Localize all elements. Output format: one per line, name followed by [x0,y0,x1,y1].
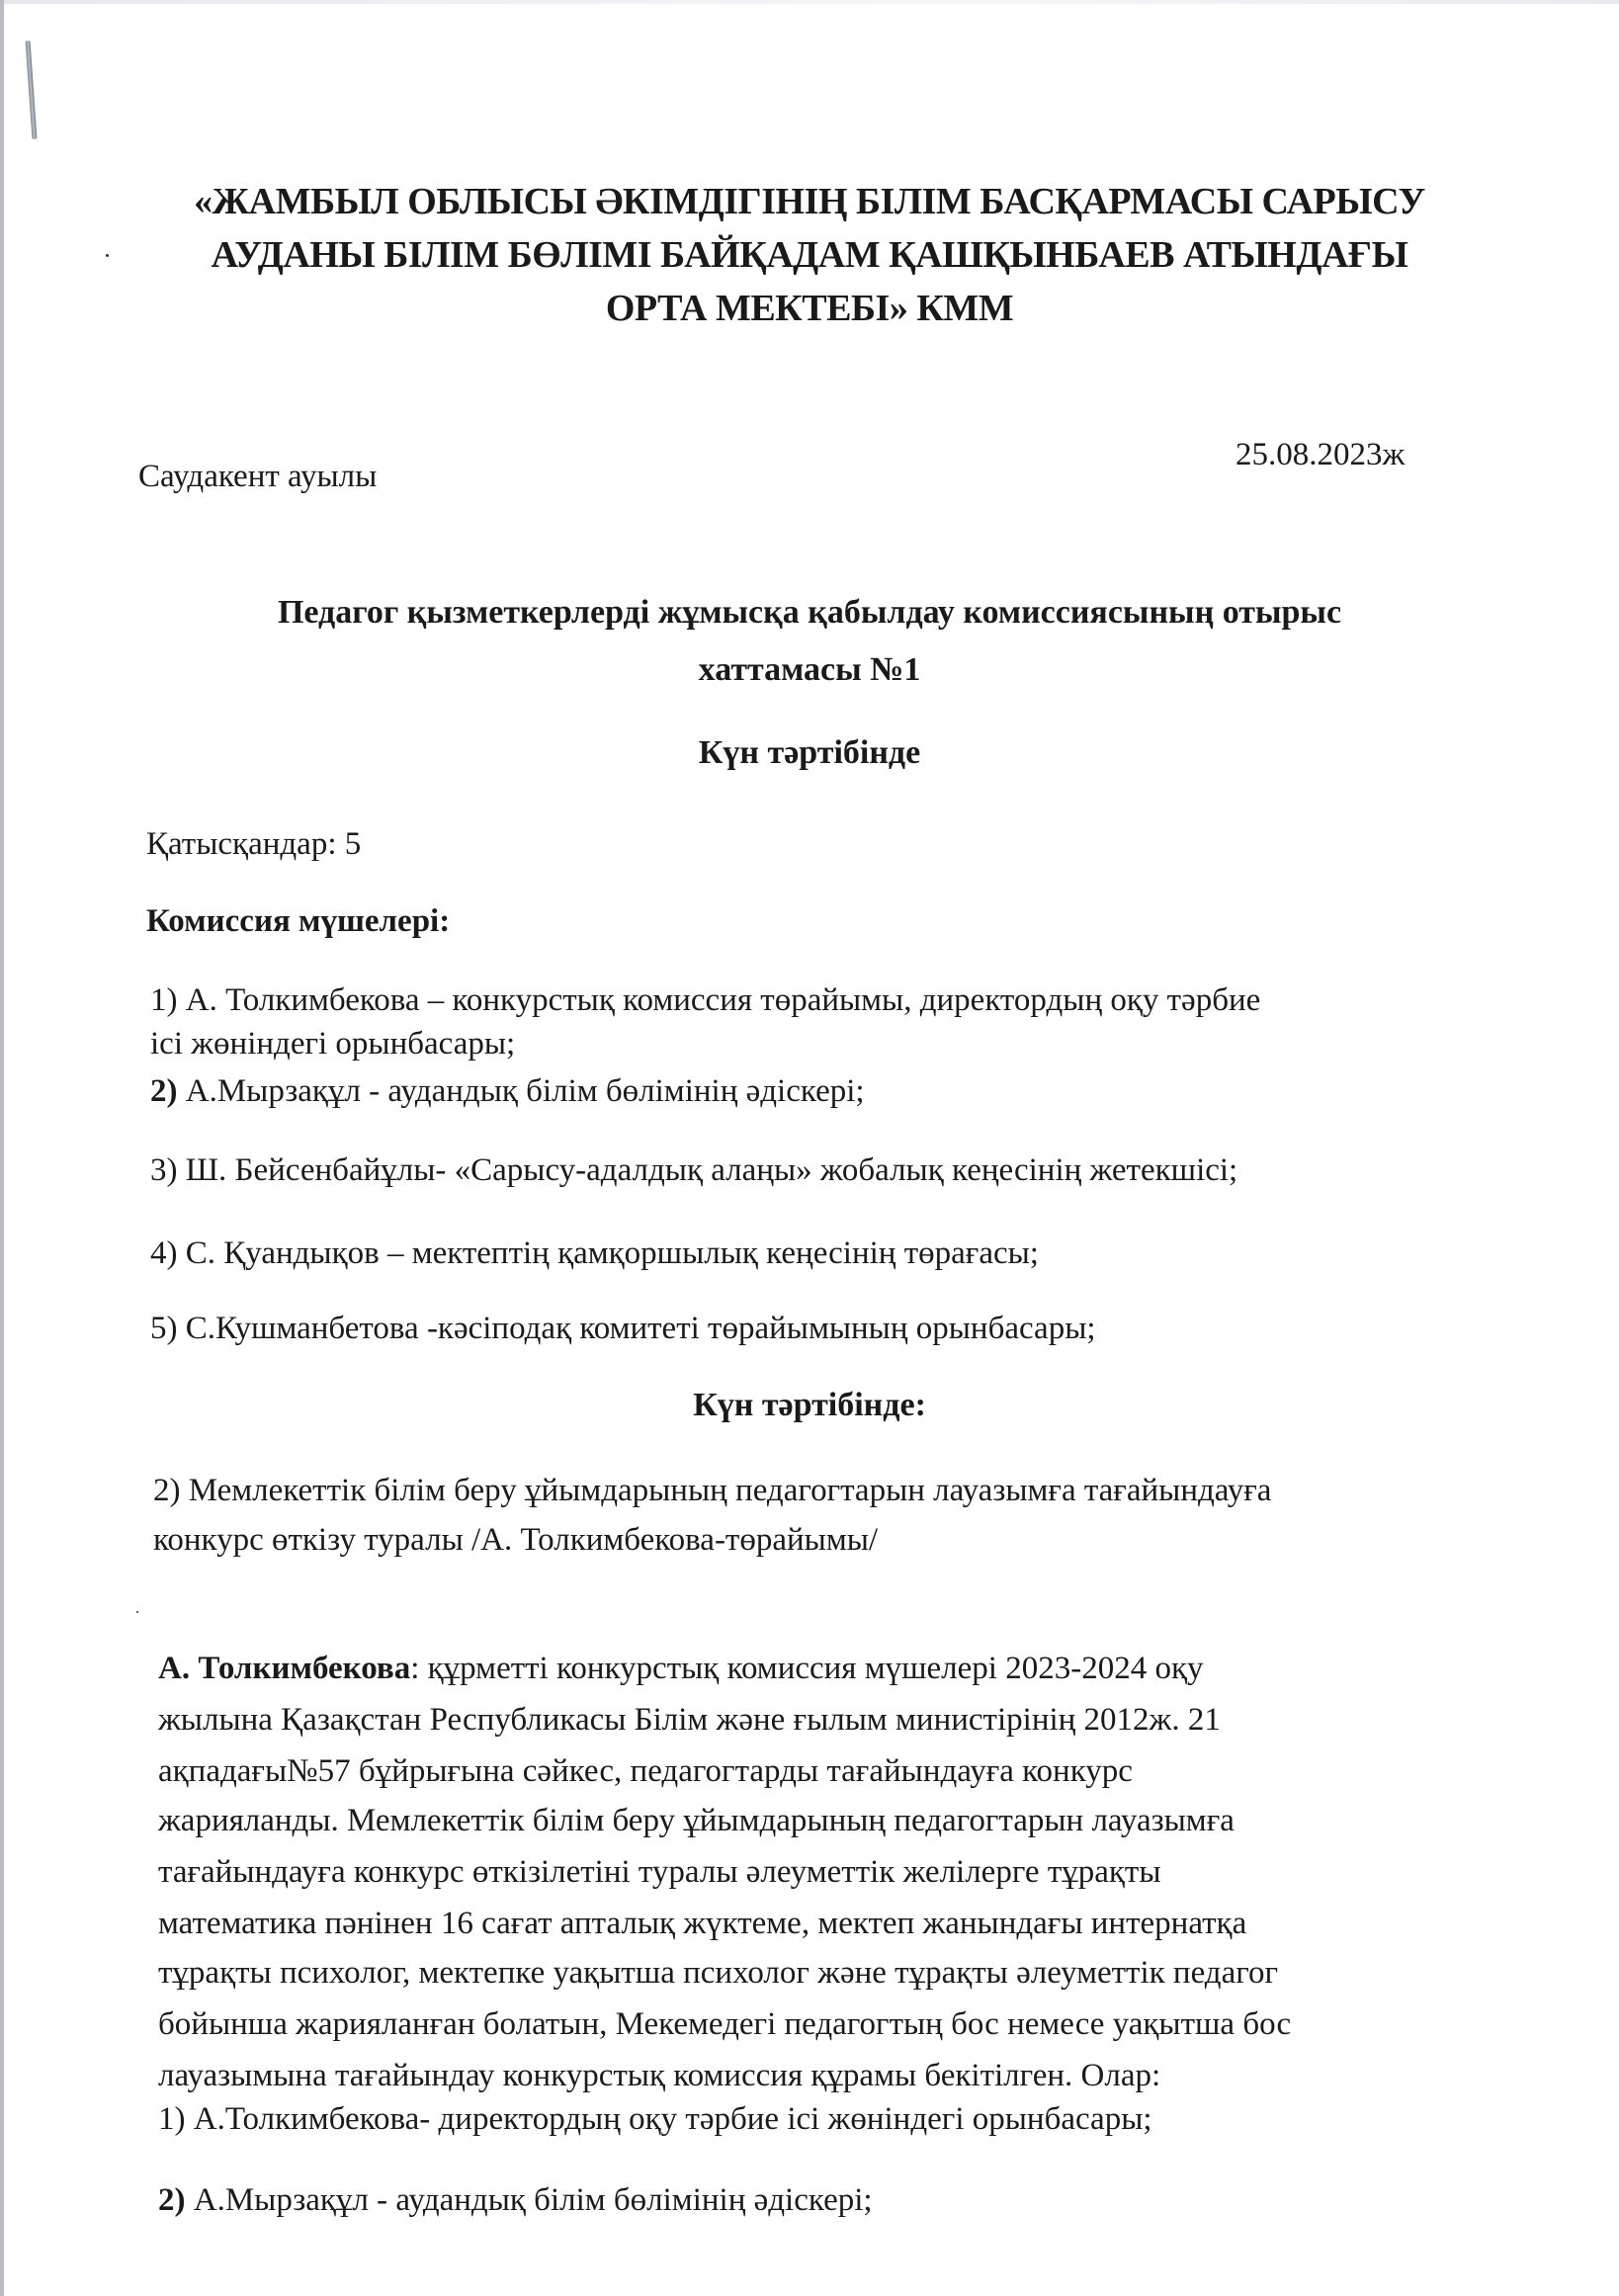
place-label: Саудакент ауылы [138,457,377,496]
agenda-heading: Күн тәртібінде [0,733,1619,773]
member-item: 5) С.Кушманбетова -кәсіподақ комитеті тө… [150,1309,1096,1348]
staple-mark [26,41,38,139]
speech-line: бойынша жарияланған болатын, Мекемедегі … [158,2004,1291,2044]
member-item: 3) Ш. Бейсенбайұлы- «Сарысу-адалдық алаң… [150,1150,1237,1190]
member-item-continuation: ісі жөніндегі орынбасары; [150,1024,515,1063]
speech-line: тағайындауға конкурс өткізілетіні туралы… [158,1852,1161,1892]
speech-line: тұрақты психолог, мектепке уақытша психо… [158,1953,1278,1993]
speech-line: лауазымына тағайындау конкурстық комисси… [158,2056,1160,2095]
member-repeat-item: 2) А.Мырзақұл - аудандық білім бөлімінің… [158,2180,873,2220]
document-title-line-1: Педагог қызметкерлерді жұмысқа қабылдау … [0,593,1619,633]
scan-top-edge [0,0,1619,4]
members-heading: Комиссия мүшелері: [146,901,450,941]
speech-line: жылына Қазақстан Республикасы Білім және… [158,1700,1221,1740]
speech-line: математика пәнінен 16 сағат апталық жүкт… [158,1904,1246,1943]
member-item: 2) А.Мырзақұл - аудандық білім бөлімінің… [150,1071,865,1111]
scan-speck [136,1611,138,1613]
agenda-item-line-1: 2) Мемлекеттік білім беру ұйымдарының пе… [153,1471,1271,1510]
document-date: 25.08.2023ж [1236,435,1405,474]
document-title-line-2: хаттамасы №1 [0,650,1619,690]
speech-line: ақпадағы№57 бұйрығына сәйкес, педагогтар… [158,1751,1133,1791]
speaker-name: А. Толкимбекова [158,1651,410,1686]
speech-line: А. Толкимбекова: құрметті конкурстық ком… [158,1649,1203,1688]
member-item: 1) А. Толкимбекова – конкурстық комиссия… [150,980,1260,1020]
org-header-line-1: «ЖАМБЫЛ ОБЛЫСЫ ӘКІМДІГІНІҢ БІЛІМ БАСҚАРМ… [0,176,1619,227]
scan-left-edge [0,0,4,2296]
participants-count: Қатысқандар: 5 [146,824,361,864]
member-item: 4) С. Қуандықов – мектептің қамқоршылық … [150,1233,1039,1273]
speech-line: жарияланды. Мемлекеттік білім беру ұйымд… [158,1801,1235,1840]
member-repeat-item: 1) А.Толкимбекова- директордың оқу тәрби… [158,2099,1152,2139]
agenda-heading-2: Күн тәртібінде: [0,1386,1619,1425]
agenda-item-line-2: конкурс өткізу туралы /А. Толкимбекова-т… [153,1520,878,1560]
org-header-line-2: АУДАНЫ БІЛІМ БӨЛІМІ БАЙҚАДАМ ҚАШҚЫНБАЕВ … [0,229,1619,281]
org-header-line-3: ОРТА МЕКТЕБІ» КММ [0,283,1619,334]
